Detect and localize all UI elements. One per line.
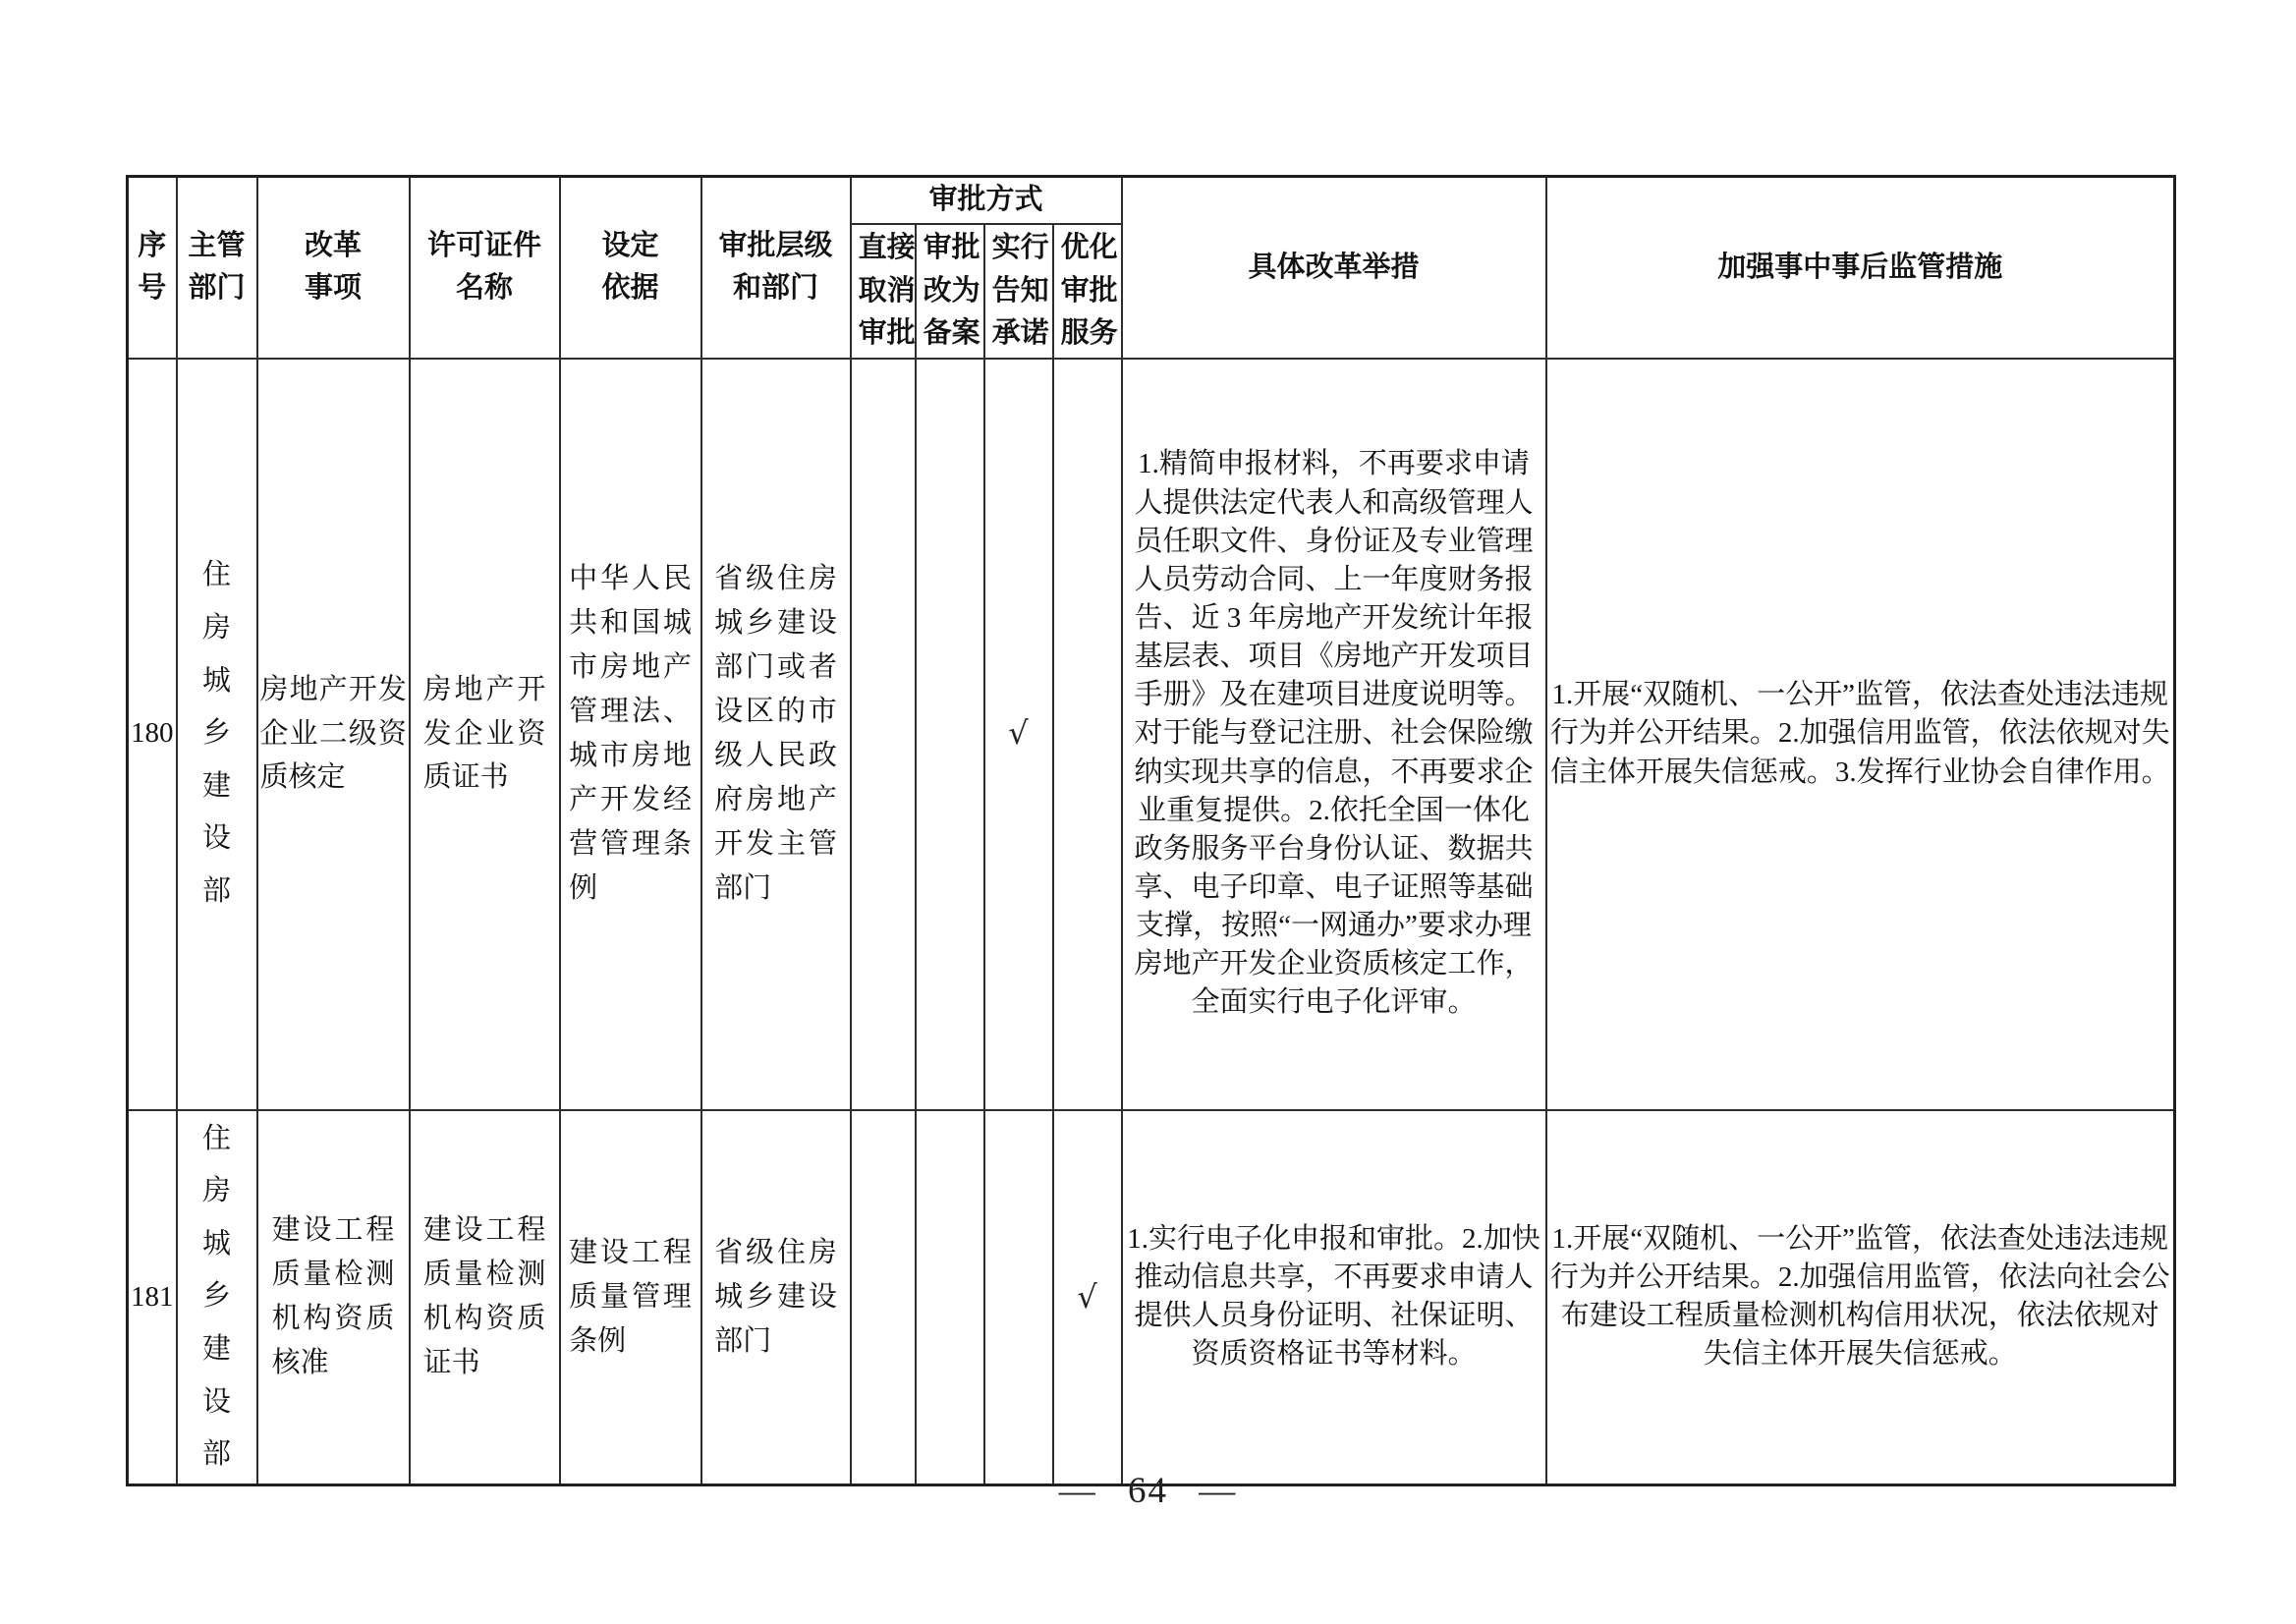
r181-notice-commitment-cell xyxy=(984,1110,1053,1485)
table-row-180: 180 住房城乡建设部 房地产开发企业二级资质核定 房地产开发企业资质证书 中华… xyxy=(128,359,2175,1110)
header-row-group: 序号 主管部门 改革事项 许可证件名称 设定依据 审批层级和部门 审批方式 具体… xyxy=(128,177,2175,225)
r181-reform-item: 建设工程质量检测机构资质核准 xyxy=(257,1110,410,1485)
r180-notice-commitment-cell: √ xyxy=(984,359,1053,1110)
r180-measures: 1.精简申报材料，不再要求申请人提供法定代表人和高级管理人员任职文件、身份证及专… xyxy=(1122,359,1546,1110)
r180-supervision: 1.开展“双随机、一公开”监管，依法查处违法违规行为并公开结果。2.加强信用监管… xyxy=(1546,359,2175,1110)
header-legal-basis: 设定依据 xyxy=(560,177,701,359)
header-notice-commitment: 实行告知承诺 xyxy=(984,224,1053,359)
header-reform-item: 改革事项 xyxy=(257,177,410,359)
r181-department: 住房城乡建设部 xyxy=(177,1110,257,1485)
document-sheet: 序号 主管部门 改革事项 许可证件名称 设定依据 审批层级和部门 审批方式 具体… xyxy=(126,175,2176,1486)
r181-optimize-service-cell: √ xyxy=(1053,1110,1122,1485)
r181-direct-cancel-cell xyxy=(851,1110,916,1485)
check-mark-icon: √ xyxy=(1008,714,1028,752)
r180-reform-item: 房地产开发企业二级资质核定 xyxy=(257,359,410,1110)
r181-serial: 181 xyxy=(128,1110,177,1485)
r180-department: 住房城乡建设部 xyxy=(177,359,257,1110)
header-department: 主管部门 xyxy=(177,177,257,359)
check-mark-icon: √ xyxy=(1077,1278,1096,1316)
r180-to-filing-cell xyxy=(916,359,984,1110)
r180-approval-level: 省级住房城乡建设部门或者设区的市级人民政府房地产开发主管部门 xyxy=(701,359,851,1110)
r181-measures: 1.实行电子化申报和审批。2.加快推动信息共享，不再要求申请人提供人员身份证明、… xyxy=(1122,1110,1546,1485)
header-approval-level: 审批层级和部门 xyxy=(701,177,851,359)
header-optimize-service: 优化审批服务 xyxy=(1053,224,1122,359)
r181-license-name: 建设工程质量检测机构资质证书 xyxy=(410,1110,560,1485)
header-to-filing: 审批改为备案 xyxy=(916,224,984,359)
header-serial: 序号 xyxy=(128,177,177,359)
header-direct-cancel: 直接取消审批 xyxy=(851,224,916,359)
approval-reform-table: 序号 主管部门 改革事项 许可证件名称 设定依据 审批层级和部门 审批方式 具体… xyxy=(126,175,2176,1486)
r181-approval-level: 省级住房城乡建设部门 xyxy=(701,1110,851,1485)
r181-to-filing-cell xyxy=(916,1110,984,1485)
table-row-181: 181 住房城乡建设部 建设工程质量检测机构资质核准 建设工程质量检测机构资质证… xyxy=(128,1110,2175,1485)
r180-optimize-service-cell xyxy=(1053,359,1122,1110)
header-measures: 具体改革举措 xyxy=(1122,177,1546,359)
r180-direct-cancel-cell xyxy=(851,359,916,1110)
header-supervision: 加强事中事后监管措施 xyxy=(1546,177,2175,359)
r180-legal-basis: 中华人民共和国城市房地产管理法、城市房地产开发经营管理条例 xyxy=(560,359,701,1110)
page-footer: — 64 — xyxy=(0,1470,2296,1512)
r181-supervision: 1.开展“双随机、一公开”监管，依法查处违法违规行为并公开结果。2.加强信用监管… xyxy=(1546,1110,2175,1485)
r180-serial: 180 xyxy=(128,359,177,1110)
header-approval-method-group: 审批方式 xyxy=(851,177,1122,225)
r180-license-name: 房地产开发企业资质证书 xyxy=(410,359,560,1110)
header-license-name: 许可证件名称 xyxy=(410,177,560,359)
r181-legal-basis: 建设工程质量管理条例 xyxy=(560,1110,701,1485)
